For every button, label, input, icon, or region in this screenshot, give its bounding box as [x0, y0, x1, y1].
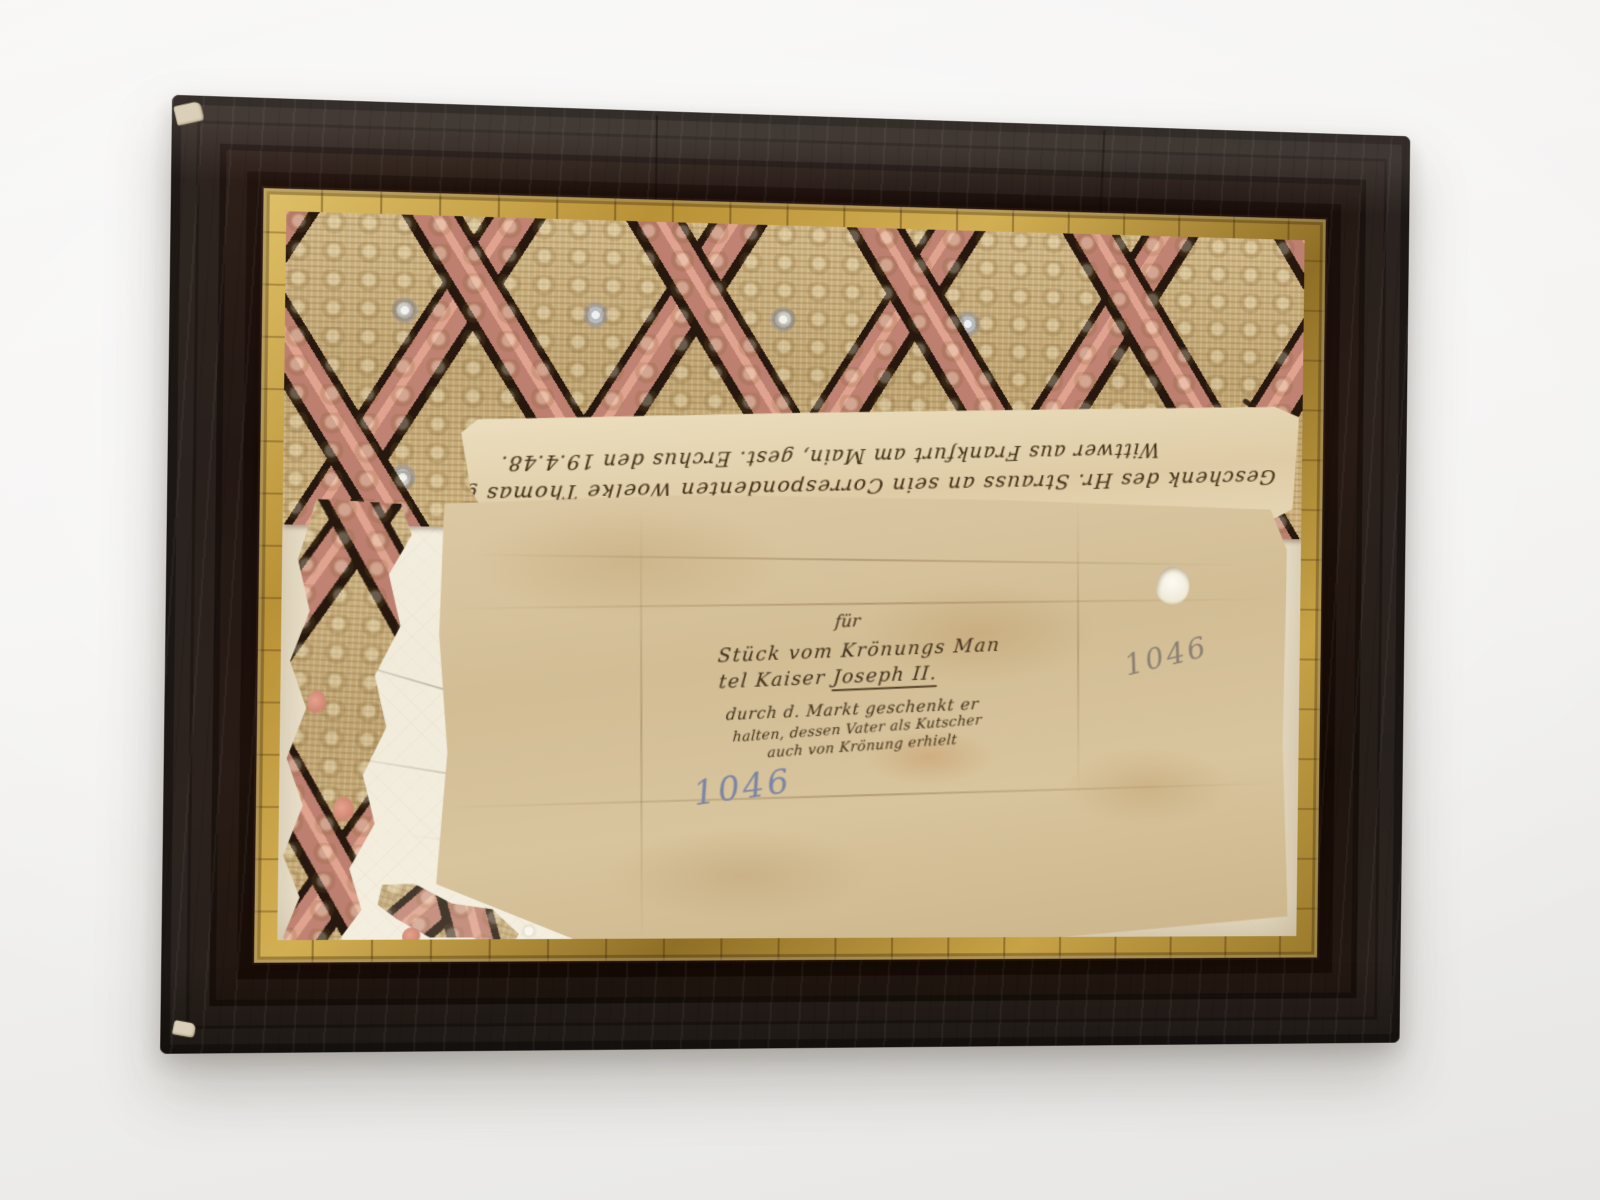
parchment-document: für Stück vom Krönungs Man tel Kaiser Jo…: [435, 494, 1287, 940]
inventory-number-pencil: 1046: [1121, 630, 1212, 683]
note-line: für: [716, 605, 1035, 637]
inventory-number-blue-pencil: 1046: [691, 761, 794, 814]
note-line-underlined: Joseph II.: [832, 662, 939, 691]
parchment-crease: [436, 782, 1280, 808]
parchment-crease: [466, 554, 1241, 566]
frame-crack: [1100, 130, 1106, 213]
parchment-crease: [446, 598, 1270, 609]
note-line-part: tel Kaiser: [718, 666, 834, 693]
frame-crack: [655, 115, 658, 200]
handwritten-note: für Stück vom Krönungs Man tel Kaiser Jo…: [716, 605, 1038, 761]
frame-corner-chip: [172, 1020, 197, 1038]
frame-corner-chip: [173, 101, 204, 126]
frame-opening-backing: Geschenk des Hr. Strauss an sein Corresp…: [277, 211, 1304, 940]
parchment-crease: [1077, 501, 1079, 797]
parchment-crease: [640, 505, 643, 940]
wooden-frame: Geschenk des Hr. Strauss an sein Corresp…: [160, 95, 1410, 1054]
fringe-tuft: [402, 927, 421, 940]
parchment-tear-hole: [1152, 563, 1194, 610]
photo-stage: Geschenk des Hr. Strauss an sein Corresp…: [0, 0, 1600, 1200]
